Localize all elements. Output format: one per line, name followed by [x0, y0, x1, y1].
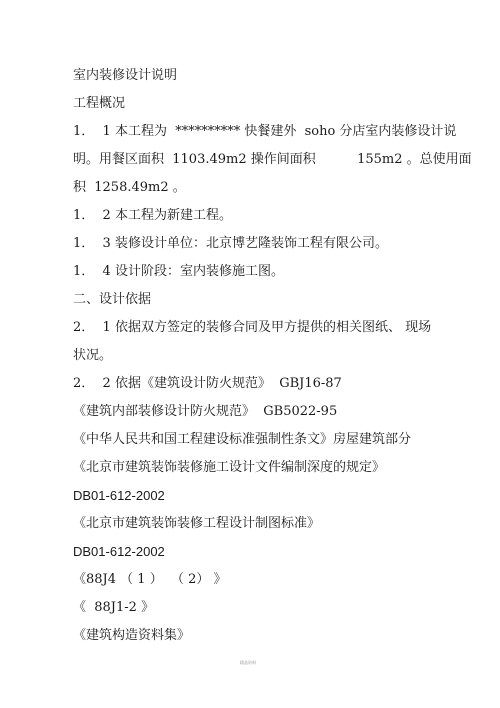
- paragraph-line: 2． 2 依据《建筑设计防火规范》 GBJ16-87: [73, 376, 342, 392]
- reference-code: DB01-612-2002: [73, 544, 165, 560]
- document-page: 室内装修设计说明 工程概况 1． 1 本工程为 ********** 快餐建外 …: [0, 0, 500, 708]
- paragraph-line: 积 1258.49m2 。: [73, 180, 186, 196]
- paragraph-line: 明。用餐区面积 1103.49m2 操作间面积 155m2 。总使用面: [73, 152, 472, 168]
- paragraph-line: 1． 3 装修设计单位：北京博艺隆装饰工程有限公司。: [73, 236, 388, 252]
- reference-line: 《北京市建筑装饰装修施工设计文件编制深度的规定》: [73, 460, 385, 476]
- paragraph-line: 2． 1 依据双方签定的装修合同及甲方提供的相关图纸、 现场: [73, 320, 431, 336]
- paragraph-line: 1． 4 设计阶段：室内装修施工图。: [73, 264, 284, 280]
- page-footer-watermark: 精品资料: [240, 660, 256, 666]
- reference-line: 《建筑内部装修设计防火规范》 GB5022-95: [73, 404, 337, 420]
- section-heading-design-basis: 二、设计依据: [73, 292, 151, 308]
- reference-line: 《 88J1-2 》: [73, 600, 154, 616]
- paragraph-line: 1． 1 本工程为 ********** 快餐建外 soho 分店室内装修设计说: [73, 124, 456, 140]
- paragraph-line: 1． 2 本工程为新建工程。: [73, 208, 232, 224]
- paragraph-line: 状况。: [73, 348, 112, 364]
- reference-line: 《88J4 （ 1 ） （ 2） 》: [73, 572, 227, 588]
- reference-line: 《建筑构造资料集》: [73, 628, 190, 644]
- section-heading-overview: 工程概况: [73, 96, 125, 112]
- document-title: 室内装修设计说明: [73, 68, 177, 84]
- reference-line: 《中华人民共和国工程建设标准强制性条文》房屋建筑部分: [73, 432, 411, 448]
- reference-code: DB01-612-2002: [73, 488, 165, 504]
- reference-line: 《北京市建筑装饰装修工程设计制图标准》: [73, 516, 320, 532]
